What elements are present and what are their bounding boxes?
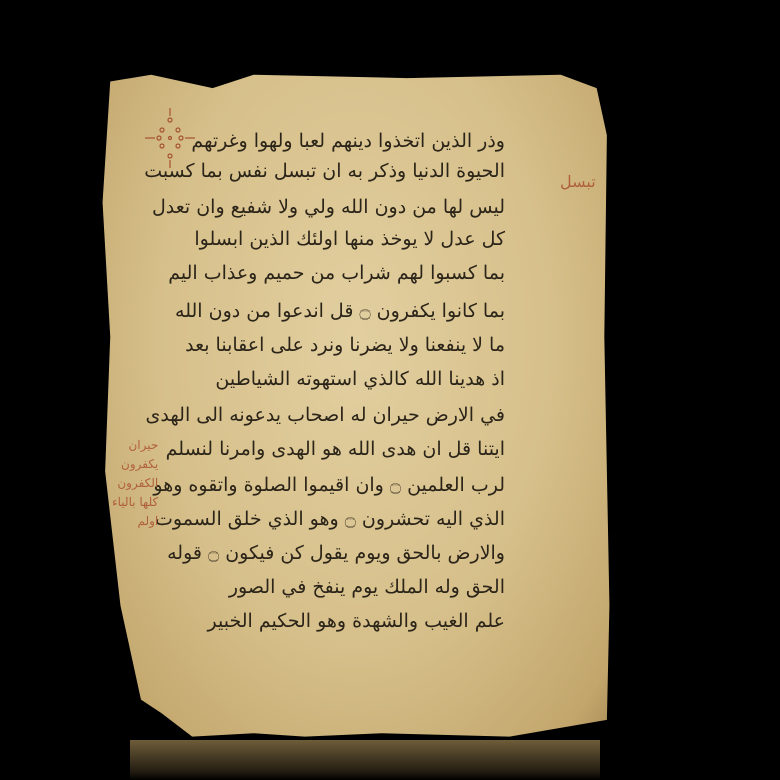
text-line-1: وذر الذين اتخذوا دينهم لعبا ولهوا وغرتهم bbox=[125, 130, 505, 152]
text-line-9: في الارض حيران له اصحاب يدعونه الى الهدى bbox=[125, 404, 505, 426]
text-line-11: لرب العلمين ۝ وان اقيموا الصلوة واتقوه و… bbox=[125, 474, 505, 496]
page-reflection bbox=[130, 740, 600, 780]
text-line-7: ما لا ينفعنا ولا يضرنا ونرد على اعقابنا … bbox=[125, 334, 505, 356]
text-line-3: ليس لها من دون الله ولي ولا شفيع وان تعد… bbox=[125, 196, 505, 218]
text-line-5: بما كسبوا لهم شراب من حميم وعذاب اليم bbox=[125, 262, 505, 284]
text-line-15: علم الغيب والشهدة وهو الحكيم الخبير bbox=[125, 610, 505, 632]
text-line-13: والارض بالحق ويوم يقول كن فيكون ۝ قوله bbox=[125, 542, 505, 564]
text-line-2: الحيوة الدنيا وذكر به ان تبسل نفس بما كس… bbox=[125, 160, 505, 182]
text-line-4: كل عدل لا يوخذ منها اولئك الذين ابسلوا bbox=[125, 228, 505, 250]
text-line-6: بما كانوا يكفرون ۝ قل اندعوا من دون الله bbox=[125, 300, 505, 322]
text-line-8: اذ هدينا الله كالذي استهوته الشياطين bbox=[125, 368, 505, 390]
margin-note-5: اولم bbox=[112, 512, 158, 531]
margin-note-4: كلها بالياء bbox=[112, 493, 158, 512]
margin-note-2: يكفرون bbox=[112, 455, 158, 474]
margin-note-1: حيران bbox=[112, 436, 158, 455]
text-line-12: الذي اليه تحشرون ۝ وهو الذي خلق السموت bbox=[125, 508, 505, 530]
text-line-10: ايتنا قل ان هدى الله هو الهدى وامرنا لنس… bbox=[125, 438, 505, 460]
right-margin-note: تبسل bbox=[560, 172, 596, 191]
left-margin-notes: حيران يكفرون الكفرون كلها بالياء اولم bbox=[112, 436, 158, 531]
text-line-14: الحق وله الملك يوم ينفخ في الصور bbox=[125, 576, 505, 598]
margin-note-3: الكفرون bbox=[112, 474, 158, 493]
